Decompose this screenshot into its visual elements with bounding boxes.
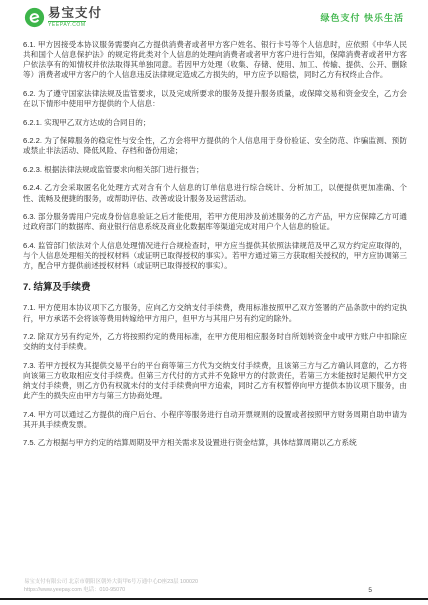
logo-domain-text: YEEPAY.COM	[48, 21, 86, 28]
footer-address-block: 易宝支付有限公司 北京市朝阳区朝外大街甲6号万通中心D座23层 100020 h…	[24, 578, 198, 594]
header-slogan: 绿色支付 快乐生活	[320, 11, 404, 24]
document-page: 易宝支付 YEEPAY.COM 绿色支付 快乐生活 6.1. 甲方因接受本协议服…	[0, 0, 428, 605]
clause-6-2-3: 6.2.3. 根据法律法规或监管要求向相关部门进行报告；	[23, 165, 407, 175]
logo-text-block: 易宝支付 YEEPAY.COM	[48, 7, 102, 28]
clause-6-2-4: 6.2.4. 乙方会采取匿名化处理方式对含有个人信息的订单信息进行综合统计、分析…	[23, 183, 407, 203]
clause-7-1: 7.1. 甲方使用本协议项下乙方服务，应向乙方交纳支付手续费，费用标准按照甲乙双…	[23, 303, 407, 323]
footer-contact-line: https://www.yeepay.com 电话：010-95070	[24, 586, 198, 594]
logo-brand-name: 易宝支付	[48, 7, 102, 20]
clause-6-2: 6.2. 为了遵守国家法律法规及监管要求，以及完成所要求的服务及提升服务质量，或…	[23, 89, 407, 109]
clause-7-3: 7.3. 若甲方授权为其提供交易平台的平台商等第三方代为交纳支付手续费，且该第三…	[23, 361, 407, 401]
clause-7-4: 7.4. 甲方可以通过乙方提供的商户后台、小程序等服务进行自动开票规则的设置或者…	[23, 410, 407, 430]
page-header: 易宝支付 YEEPAY.COM 绿色支付 快乐生活	[24, 7, 404, 28]
yeepay-logo-icon	[24, 7, 45, 28]
clause-7-2: 7.2. 除双方另有约定外，乙方将按照约定的费用标准，在甲方使用相应服务时自所划…	[23, 332, 407, 352]
clause-6-1: 6.1. 甲方因接受本协议服务需要向乙方提供消费者或者甲方客户姓名、银行卡号等个…	[23, 40, 407, 80]
yeepay-logo: 易宝支付 YEEPAY.COM	[24, 7, 102, 28]
page-number: 5	[368, 587, 404, 594]
clause-6-2-1: 6.2.1. 实现甲乙双方达成的合同目的；	[23, 118, 407, 128]
clause-6-4: 6.4. 监管部门依法对个人信息处理情况进行合规检查时，甲方应当提供其依照法律规…	[23, 241, 407, 271]
clause-6-3: 6.3. 部分服务需用户完成身份信息验证之后才能使用，若甲方使用涉及前述服务的乙…	[23, 212, 407, 232]
agreement-body: 6.1. 甲方因接受本协议服务需要向乙方提供消费者或者甲方客户姓名、银行卡号等个…	[23, 40, 407, 457]
page-footer: 易宝支付有限公司 北京市朝阳区朝外大街甲6号万通中心D座23层 100020 h…	[24, 578, 404, 594]
clause-7-5: 7.5. 乙方根据与甲方约定的结算周期及甲方相关需求及设置进行资金结算，具体结算…	[23, 438, 407, 448]
footer-company-line: 易宝支付有限公司 北京市朝阳区朝外大街甲6号万通中心D座23层 100020	[24, 578, 198, 586]
section-7-heading: 7. 结算及手续费	[23, 282, 407, 293]
clause-6-2-2: 6.2.2. 为了保障服务的稳定性与安全性，乙方会将甲方提供的个人信息用于身份验…	[23, 136, 407, 156]
footer-rule	[0, 598, 428, 600]
